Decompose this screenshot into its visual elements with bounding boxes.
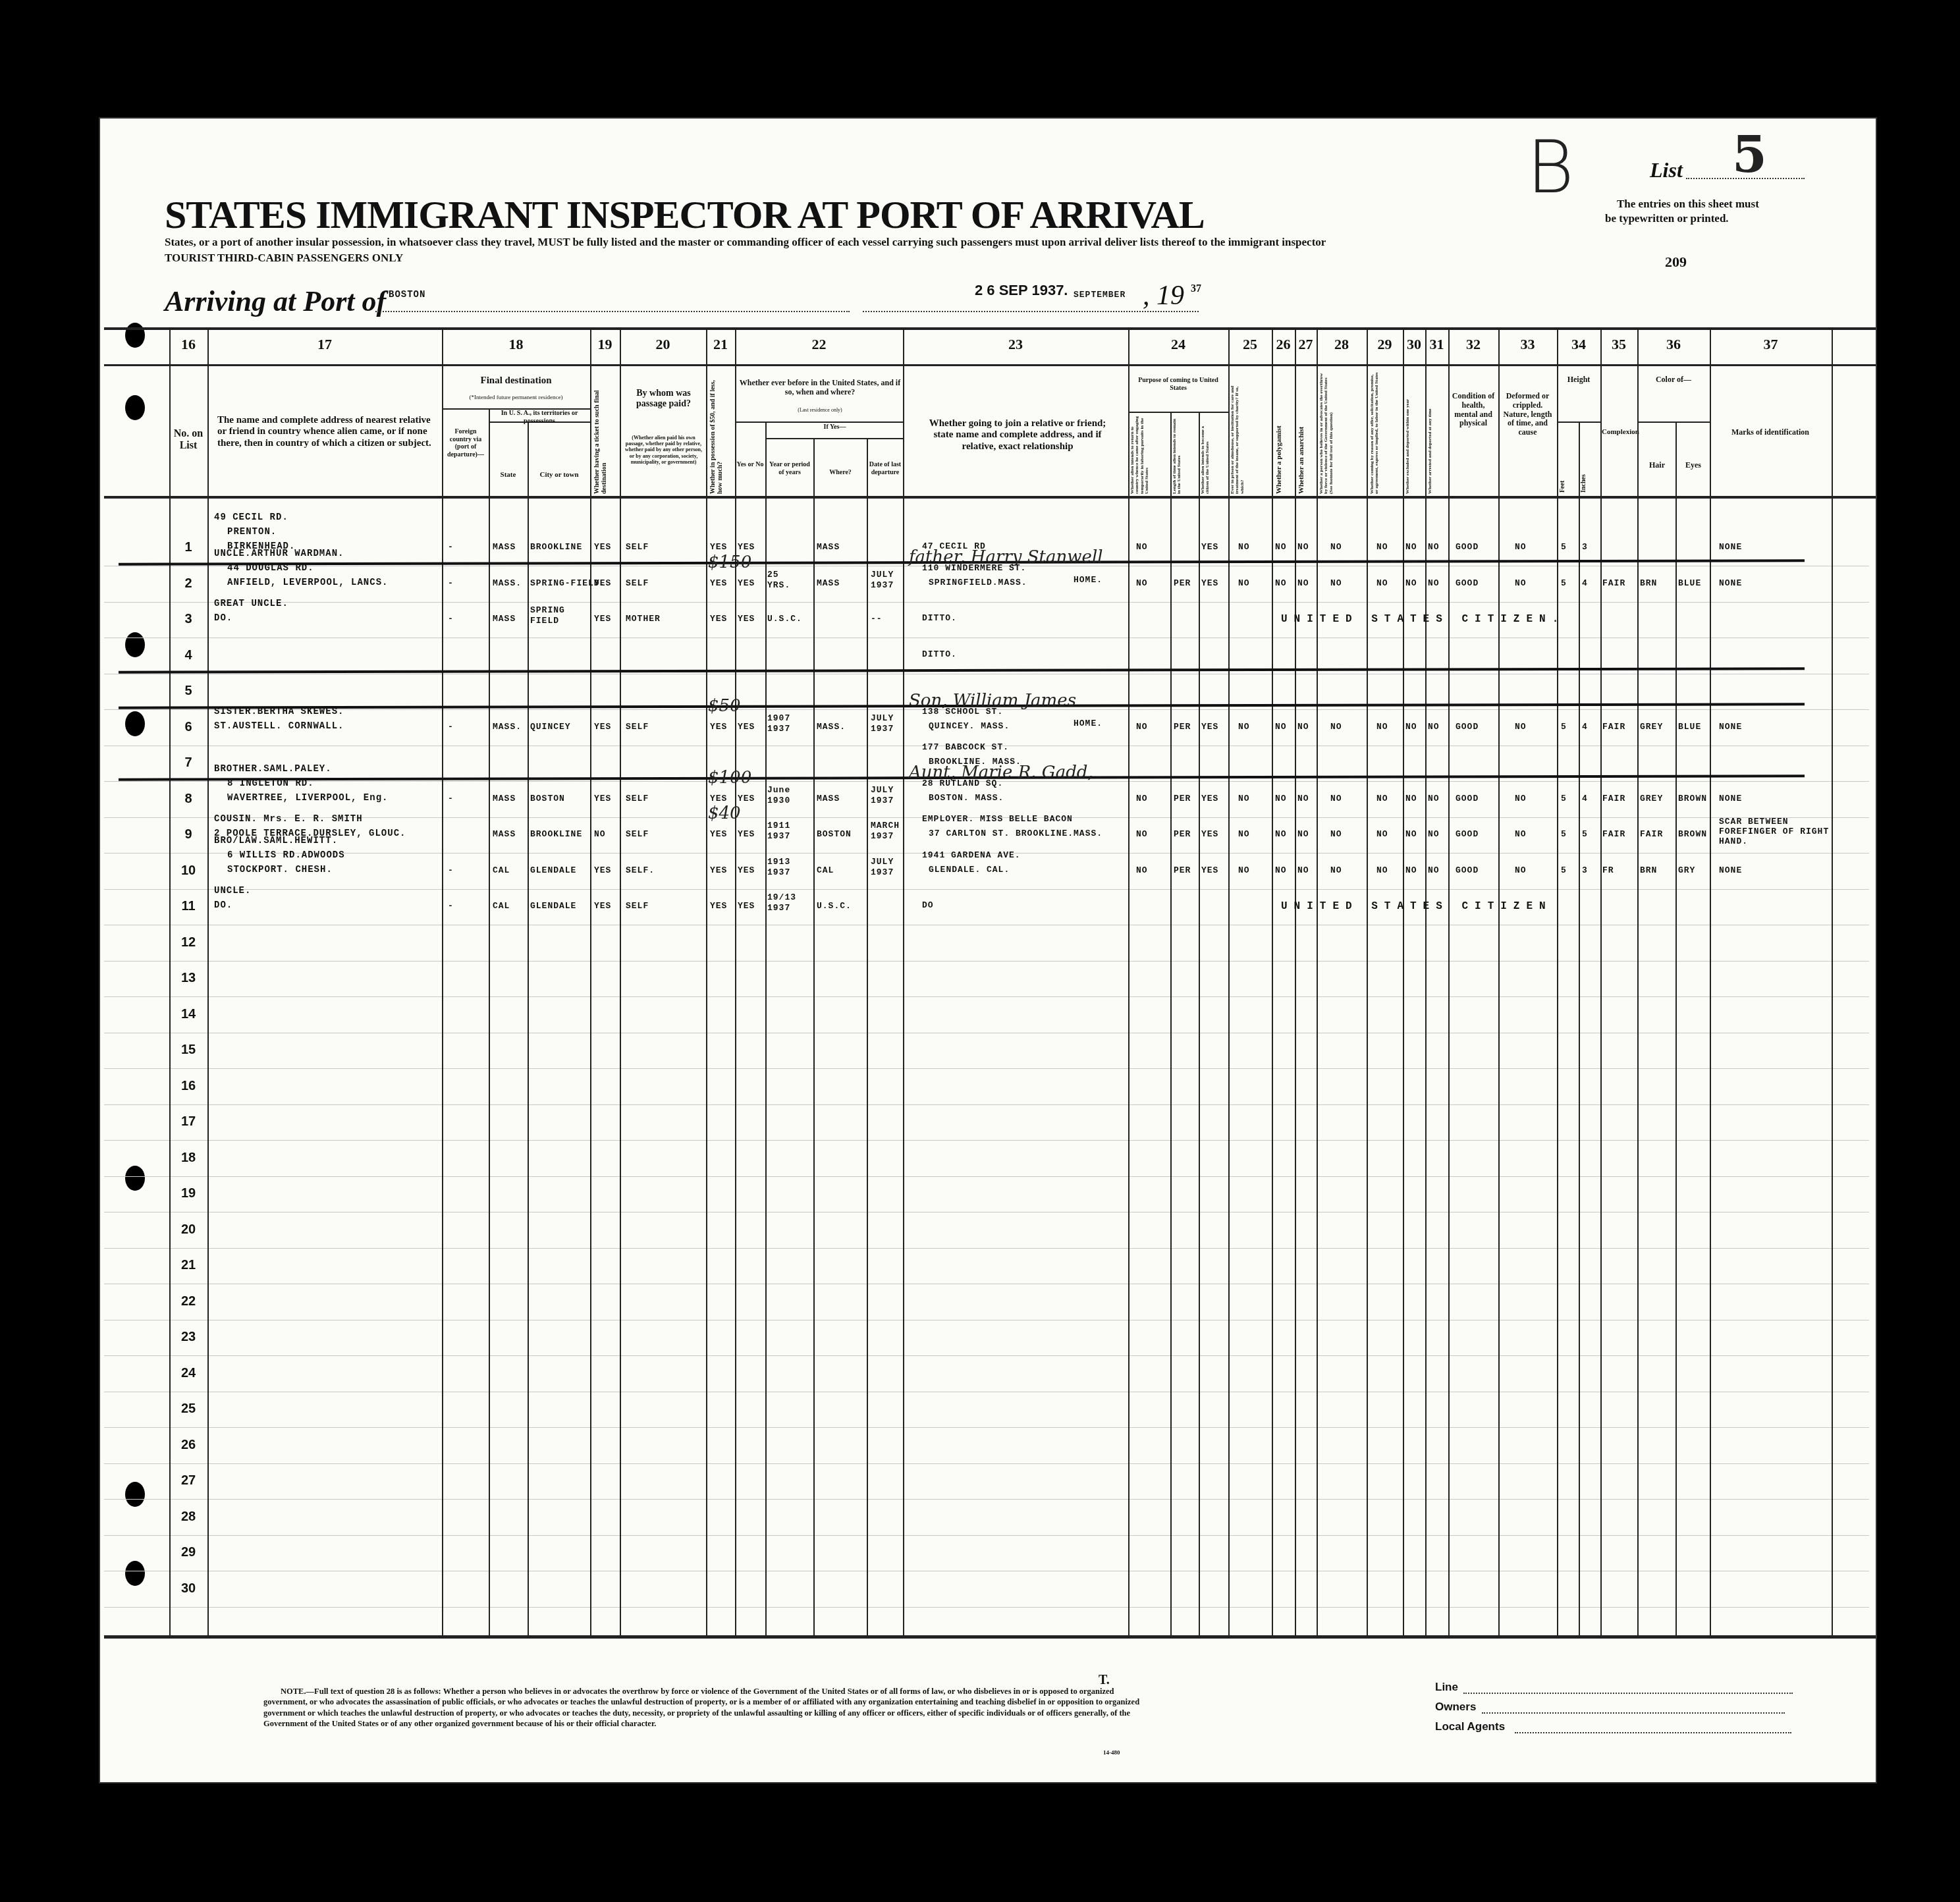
nearest-relative-line: BROTHER.SAML.PALEY. xyxy=(214,764,332,774)
cell-purpose-c: YES xyxy=(1201,794,1218,803)
column-number: 22 xyxy=(735,336,903,353)
header-by-whom-paid: By whom was passage paid? xyxy=(622,389,705,421)
join-relative-line: SPRINGFIELD.MASS. xyxy=(929,578,1027,587)
join-relative-line: BOSTON. MASS. xyxy=(929,793,1004,803)
cell-q31: NO xyxy=(1428,722,1440,732)
cell-ticket: YES xyxy=(594,865,611,875)
row-number: 29 xyxy=(169,1545,207,1560)
row-rule xyxy=(104,1463,1869,1464)
row-rule xyxy=(104,1320,1869,1320)
cell-purpose-c: YES xyxy=(1201,865,1218,875)
row-number: 19 xyxy=(169,1186,207,1201)
cell-purpose-a: NO xyxy=(1136,578,1148,588)
cell-money: YES xyxy=(710,829,727,839)
column-number: 27 xyxy=(1295,336,1317,353)
row-rule xyxy=(104,1104,1869,1105)
cell-anarchist: NO xyxy=(1297,542,1309,552)
cell-departure: -- xyxy=(871,614,883,624)
row-rule xyxy=(104,638,1869,638)
cell-complexion: FAIR xyxy=(1602,829,1625,839)
sub-column-divider xyxy=(1675,421,1677,1635)
cell-inches: 5 xyxy=(1582,829,1588,839)
join-relative-line: 110 WINDERMERE ST. xyxy=(922,563,1026,573)
row-rule xyxy=(104,1068,1869,1069)
join-relative-line: 37 CARLTON ST. BROOKLINE.MASS. xyxy=(929,829,1102,838)
row-rule xyxy=(104,925,1869,925)
cell-health: GOOD xyxy=(1456,578,1479,588)
column-number: 35 xyxy=(1600,336,1637,353)
cell-complexion: FAIR xyxy=(1602,722,1625,732)
cell-state: MASS. xyxy=(493,722,522,732)
sub-column-divider xyxy=(813,438,815,1635)
punch-hole xyxy=(125,1561,145,1586)
cell-hair: BRN xyxy=(1640,578,1657,588)
row-number: 22 xyxy=(169,1294,207,1309)
cell-purpose-a: NO xyxy=(1136,722,1148,732)
header-deformed: Deformed or crippled. Nature, length of … xyxy=(1500,392,1556,491)
punch-hole xyxy=(125,632,145,657)
join-relative-line: DO xyxy=(922,900,934,910)
column-divider xyxy=(1228,327,1230,1635)
entries-note-1: The entries on this sheet must xyxy=(1617,198,1759,211)
cell-q29: NO xyxy=(1376,794,1388,803)
column-divider xyxy=(706,327,707,1635)
header-color-of: Color of— xyxy=(1639,375,1708,389)
cell-purpose-c: YES xyxy=(1201,542,1218,552)
cell-paid-by: SELF xyxy=(626,722,649,732)
punch-hole xyxy=(125,1482,145,1507)
sub-column-divider xyxy=(1199,412,1200,1635)
cell-q30: NO xyxy=(1405,722,1417,732)
sub-header-divider xyxy=(765,438,903,439)
column-divider xyxy=(1448,327,1450,1635)
cell-health: GOOD xyxy=(1456,865,1479,875)
header-last-residence: (Last residence only) xyxy=(738,407,902,419)
cell-deformed: NO xyxy=(1515,578,1527,588)
row-number: 6 xyxy=(169,720,207,735)
cell-purpose-a: NO xyxy=(1136,829,1148,839)
join-relative-line: GLENDALE. CAL. xyxy=(929,865,1010,875)
join-relative-line: 138 SCHOOL ST. xyxy=(922,707,1003,717)
cell-city: GLENDALE xyxy=(530,901,576,911)
cell-purpose-a: NO xyxy=(1136,794,1148,803)
cell-prison: NO xyxy=(1238,578,1250,588)
cell-foreign: - xyxy=(448,614,454,624)
cell-before: YES xyxy=(738,722,755,732)
cell-state: CAL xyxy=(493,865,510,875)
row-number: 7 xyxy=(169,755,207,771)
header-nearest-relative: The name and complete address of nearest… xyxy=(217,415,435,474)
cell-ticket: NO xyxy=(594,829,606,839)
owners-label: Owners xyxy=(1435,1700,1476,1714)
header-purpose-citizen: Whether alien intends to become a citize… xyxy=(1201,415,1211,494)
cell-purpose-b: PER xyxy=(1174,578,1191,588)
header-in-usa: In U. S. A., its territories or possessi… xyxy=(491,410,588,423)
row-number: 16 xyxy=(169,1079,207,1094)
cell-ticket: YES xyxy=(594,614,611,624)
header-q30: Whether excluded and deported within one… xyxy=(1405,372,1410,494)
cell-anarchist: NO xyxy=(1297,829,1309,839)
sub-column-divider xyxy=(489,408,490,1635)
column-divider xyxy=(1317,327,1318,1635)
column-number: 36 xyxy=(1637,336,1710,353)
sub-column-divider xyxy=(528,421,529,1635)
header-no-on-list: No. on List xyxy=(171,428,205,481)
cell-foreign: - xyxy=(448,722,454,732)
cell-foreign: - xyxy=(448,794,454,803)
cell-departure: JULY 1937 xyxy=(871,785,910,807)
row-number: 2 xyxy=(169,576,207,591)
row-rule xyxy=(104,1033,1869,1033)
row-number: 3 xyxy=(169,612,207,627)
cell-ticket: YES xyxy=(594,901,611,911)
row-number: 26 xyxy=(169,1438,207,1453)
row-number: 10 xyxy=(169,863,207,879)
row-rule xyxy=(104,1392,1869,1392)
handwritten-amount: $100 xyxy=(708,768,751,788)
nearest-relative-line: DO. xyxy=(214,613,232,624)
column-number: 26 xyxy=(1272,336,1295,353)
cell-q28: NO xyxy=(1330,722,1342,732)
cell-hair: BRN xyxy=(1640,865,1657,875)
column-number: 34 xyxy=(1557,336,1600,353)
cell-paid-by: SELF xyxy=(626,794,649,803)
cell-before: YES xyxy=(738,794,755,803)
header-q29: Whether coming by reason of any offer, s… xyxy=(1370,372,1380,494)
row-rule xyxy=(104,1176,1869,1177)
column-divider xyxy=(1272,327,1273,1635)
header-foreign-country: Foreign country via (port of departure)— xyxy=(444,428,487,494)
row-number: 28 xyxy=(169,1509,207,1525)
cell-purpose-b: PER xyxy=(1174,722,1191,732)
cell-q31: NO xyxy=(1428,829,1440,839)
column-number: 17 xyxy=(207,336,442,353)
cell-polygamist: NO xyxy=(1275,578,1287,588)
cell-deformed: NO xyxy=(1515,865,1527,875)
column-divider xyxy=(207,327,209,1635)
sub-column-divider xyxy=(765,421,767,1635)
row-number: 18 xyxy=(169,1151,207,1166)
cell-complexion: FR xyxy=(1602,865,1614,875)
cell-departure: JULY 1937 xyxy=(871,570,910,591)
punch-hole xyxy=(125,323,145,348)
cell-paid-by: MOTHER xyxy=(626,614,661,624)
cell-where: CAL xyxy=(817,865,834,875)
cell-complexion: FAIR xyxy=(1602,794,1625,803)
cell-ticket: YES xyxy=(594,722,611,732)
punch-hole xyxy=(125,711,145,736)
cell-eyes: BLUE xyxy=(1678,722,1701,732)
column-number: 16 xyxy=(169,336,207,353)
cell-purpose-b: PER xyxy=(1174,829,1191,839)
cell-feet: 5 xyxy=(1561,722,1567,732)
cell-purpose-c: YES xyxy=(1201,829,1218,839)
nearest-relative-line: 8 INGLETON RD. xyxy=(227,778,314,789)
cell-q30: NO xyxy=(1405,865,1417,875)
header-purpose: Purpose of coming to United States xyxy=(1130,377,1227,410)
header-polygamist: Whether a polygamist xyxy=(1276,372,1284,494)
cell-marks: NONE xyxy=(1719,542,1742,552)
row-number: 15 xyxy=(169,1043,207,1058)
cell-eyes: GRY xyxy=(1678,865,1695,875)
cell-city: BROOKLINE xyxy=(530,542,582,552)
column-divider xyxy=(1403,327,1404,1635)
cell-paid-by: SELF xyxy=(626,901,649,911)
cell-feet: 5 xyxy=(1561,578,1567,588)
citizen-note: UNITED STATES CITIZEN. xyxy=(1281,613,1565,625)
row-rule xyxy=(104,1248,1869,1249)
number-band-border xyxy=(104,364,1876,366)
cell-foreign: - xyxy=(448,901,454,911)
agents-label: Local Agents xyxy=(1435,1720,1505,1733)
cell-feet: 5 xyxy=(1561,865,1567,875)
column-divider xyxy=(1128,327,1130,1635)
cell-where: BOSTON xyxy=(817,829,852,839)
column-number: 24 xyxy=(1128,336,1228,353)
row-number: 27 xyxy=(169,1473,207,1488)
header-year-period: Year or period of years xyxy=(767,461,812,494)
header-fifty-dollars: Whether in possession of $50, and if les… xyxy=(710,372,724,494)
nearest-relative-line: WAVERTREE, LIVERPOOL, Eng. xyxy=(227,793,388,803)
cell-home: HOME. xyxy=(1074,719,1102,728)
row-number: 5 xyxy=(169,684,207,699)
row-rule xyxy=(104,602,1869,603)
cell-prison: NO xyxy=(1238,829,1250,839)
header-ever-before: Whether ever before in the United States… xyxy=(738,379,902,405)
column-number: 21 xyxy=(706,336,735,353)
header-purpose-length: Length of time alien intends to remain i… xyxy=(1172,415,1182,494)
cell-money: YES xyxy=(710,901,727,911)
row-number: 4 xyxy=(169,648,207,663)
nearest-relative-line: DO. xyxy=(214,900,232,911)
cell-q29: NO xyxy=(1376,722,1388,732)
cell-prison: NO xyxy=(1238,865,1250,875)
cell-hair: GREY xyxy=(1640,794,1663,803)
row-rule xyxy=(104,1427,1869,1428)
cell-state: MASS xyxy=(493,542,516,552)
header-q31: Whether arrested and deported at any tim… xyxy=(1428,372,1432,494)
sub-header-divider xyxy=(1557,421,1600,423)
join-relative-line: 28 RUTLAND SQ. xyxy=(922,778,1003,788)
sub-header-divider xyxy=(1128,412,1228,413)
footnote-q28: NOTE.—Full text of question 28 is as fol… xyxy=(263,1686,1159,1729)
handwritten-amount: $40 xyxy=(708,803,741,823)
row-rule xyxy=(104,1607,1869,1608)
header-height: Height xyxy=(1558,375,1599,389)
cell-ticket: YES xyxy=(594,578,611,588)
cell-year: U.S.C. xyxy=(767,614,802,624)
join-relative-line: DITTO. xyxy=(922,613,957,623)
header-eyes: Eyes xyxy=(1677,461,1710,474)
cell-where: U.S.C. xyxy=(817,901,852,911)
column-number: 28 xyxy=(1317,336,1367,353)
sub-header-divider xyxy=(1637,421,1710,423)
instruction-text: States, or a port of another insular pos… xyxy=(165,236,1326,249)
cell-purpose-a: NO xyxy=(1136,865,1148,875)
cell-eyes: BROWN xyxy=(1678,829,1707,839)
cell-inches: 4 xyxy=(1582,722,1588,732)
cell-foreign: - xyxy=(448,865,454,875)
column-divider xyxy=(1637,327,1639,1635)
cell-q30: NO xyxy=(1405,794,1417,803)
cell-health: GOOD xyxy=(1456,722,1479,732)
cell-feet: 5 xyxy=(1561,829,1567,839)
table-top-border xyxy=(104,327,1876,330)
punch-hole xyxy=(125,1166,145,1191)
nearest-relative-line: GREAT UNCLE. xyxy=(214,599,288,609)
header-join-relative: Whether going to join a relative or frie… xyxy=(922,418,1113,477)
column-divider xyxy=(1295,327,1296,1635)
cell-q29: NO xyxy=(1376,829,1388,839)
column-number: 32 xyxy=(1448,336,1498,353)
column-number: 33 xyxy=(1498,336,1557,353)
cell-city: QUINCEY xyxy=(530,722,571,732)
cell-health: GOOD xyxy=(1456,542,1479,552)
cell-where: MASS xyxy=(817,578,840,588)
column-number: 18 xyxy=(442,336,590,353)
row-number: 8 xyxy=(169,792,207,807)
line-field xyxy=(1463,1693,1793,1694)
cell-anarchist: NO xyxy=(1297,722,1309,732)
class-note: TOURIST THIRD-CABIN PASSENGERS ONLY xyxy=(165,252,403,265)
header-by-whom-note: (Whether alien paid his own passage, whe… xyxy=(622,435,705,494)
row-number: 24 xyxy=(169,1366,207,1381)
join-relative-line: EMPLOYER. MISS BELLE BACON xyxy=(922,814,1073,824)
row-number: 20 xyxy=(169,1222,207,1237)
handwritten-amount: $150 xyxy=(708,553,751,572)
cell-money: YES xyxy=(710,794,727,803)
row-number: 17 xyxy=(169,1114,207,1129)
cell-state: MASS xyxy=(493,829,516,839)
list-label: List xyxy=(1650,158,1683,182)
header-if-yes: If Yes— xyxy=(767,423,902,435)
column-divider xyxy=(1498,327,1500,1635)
cell-year: June 1930 xyxy=(767,785,807,807)
header-complexion: Complexion xyxy=(1602,428,1636,454)
cell-marks: NONE xyxy=(1719,722,1742,732)
row-rule xyxy=(104,1212,1869,1212)
cell-state: MASS xyxy=(493,794,516,803)
cell-q30: NO xyxy=(1405,542,1417,552)
column-divider xyxy=(1425,327,1427,1635)
cell-money: YES xyxy=(710,865,727,875)
cell-inches: 4 xyxy=(1582,794,1588,803)
cell-purpose-b: PER xyxy=(1174,794,1191,803)
row-number: 21 xyxy=(169,1258,207,1273)
punch-hole xyxy=(125,395,145,420)
row-number: 30 xyxy=(169,1581,207,1596)
row-number: 1 xyxy=(169,540,207,555)
header-final-destination-note: (*Intended future permanent residence) xyxy=(445,394,587,407)
manifest-page xyxy=(99,117,1877,1783)
cell-state: CAL xyxy=(493,901,510,911)
cell-purpose-a: NO xyxy=(1136,542,1148,552)
cell-hair: GREY xyxy=(1640,722,1663,732)
citizen-note: UNITED STATES CITIZEN xyxy=(1281,900,1552,912)
cell-q28: NO xyxy=(1330,794,1342,803)
cell-paid-by: SELF. xyxy=(626,865,655,875)
column-number: 29 xyxy=(1367,336,1403,353)
cell-polygamist: NO xyxy=(1275,829,1287,839)
cell-paid-by: SELF xyxy=(626,829,649,839)
line-label: Line xyxy=(1435,1681,1458,1694)
cell-year: 1911 1937 xyxy=(767,821,807,842)
cell-polygamist: NO xyxy=(1275,722,1287,732)
cell-q28: NO xyxy=(1330,542,1342,552)
row-rule xyxy=(104,674,1869,674)
nearest-relative-line: ST.AUSTELL. CORNWALL. xyxy=(214,721,344,732)
header-q28: Whether a person who believes in or advo… xyxy=(1319,372,1334,494)
sub-column-divider xyxy=(867,438,868,1635)
header-prison: Ever in prison or almshouse, or institut… xyxy=(1230,372,1245,494)
cell-before: YES xyxy=(738,578,755,588)
row-rule xyxy=(104,1284,1869,1284)
cell-feet: 5 xyxy=(1561,794,1567,803)
cell-before: YES xyxy=(738,614,755,624)
cell-city: BROOKLINE xyxy=(530,829,582,839)
row-rule xyxy=(104,1499,1869,1500)
cell-purpose-c: YES xyxy=(1201,722,1218,732)
year-suffix: 37 xyxy=(1191,283,1201,295)
nearest-relative-line: 6 WILLIS RD.ADWOODS xyxy=(227,850,345,861)
cell-departure: MARCH 1937 xyxy=(871,821,910,842)
cell-ticket: YES xyxy=(594,542,611,552)
cell-anarchist: NO xyxy=(1297,794,1309,803)
cell-polygamist: NO xyxy=(1275,542,1287,552)
column-divider xyxy=(442,327,443,1635)
row-number: 23 xyxy=(169,1330,207,1345)
cell-money: YES xyxy=(710,614,727,624)
row-number: 12 xyxy=(169,935,207,950)
agents-field xyxy=(1515,1732,1791,1733)
row-rule xyxy=(104,961,1869,962)
column-divider xyxy=(1832,327,1833,1635)
cell-q28: NO xyxy=(1330,865,1342,875)
date-stamp: 2 6 SEP 1937. xyxy=(975,282,1068,299)
year-prefix: , 19 xyxy=(1143,280,1184,312)
cell-eyes: BROWN xyxy=(1678,794,1707,803)
cell-marks: NONE xyxy=(1719,865,1742,875)
column-number: 31 xyxy=(1425,336,1448,353)
sub-header-divider xyxy=(735,421,903,423)
nearest-relative-line: ANFIELD, LEVERPOOL, LANCS. xyxy=(227,578,388,588)
arriving-label: Arriving at Port of xyxy=(165,285,386,318)
group-letter: B xyxy=(1527,125,1574,209)
cell-before: YES xyxy=(738,829,755,839)
row-number: 13 xyxy=(169,971,207,986)
column-divider xyxy=(1557,327,1558,1635)
header-city: City or town xyxy=(529,471,589,484)
join-relative-line: 177 BABCOCK ST. xyxy=(922,742,1009,752)
sub-column-divider xyxy=(1170,412,1172,1635)
cell-marks: SCAR BETWEEN FOREFINGER OF RIGHT HAND. xyxy=(1719,817,1831,846)
cell-eyes: BLUE xyxy=(1678,578,1701,588)
sheet-number: 209 xyxy=(1665,254,1687,271)
nearest-relative-line: BRO/LAW.SAML.HEWITT. xyxy=(214,836,338,846)
cell-year: 19/13 1937 xyxy=(767,892,807,914)
cell-health: GOOD xyxy=(1456,794,1479,803)
cell-prison: NO xyxy=(1238,542,1250,552)
cell-q28: NO xyxy=(1330,578,1342,588)
page-title: STATES IMMIGRANT INSPECTOR AT PORT OF AR… xyxy=(165,192,1205,238)
port-line xyxy=(375,311,850,312)
row-rule xyxy=(104,1535,1869,1536)
join-relative-line: DITTO. xyxy=(922,649,957,659)
handwritten-amount: $50 xyxy=(708,696,741,716)
cell-prison: NO xyxy=(1238,794,1250,803)
cell-money: YES xyxy=(710,722,727,732)
cell-inches: 3 xyxy=(1582,542,1588,552)
